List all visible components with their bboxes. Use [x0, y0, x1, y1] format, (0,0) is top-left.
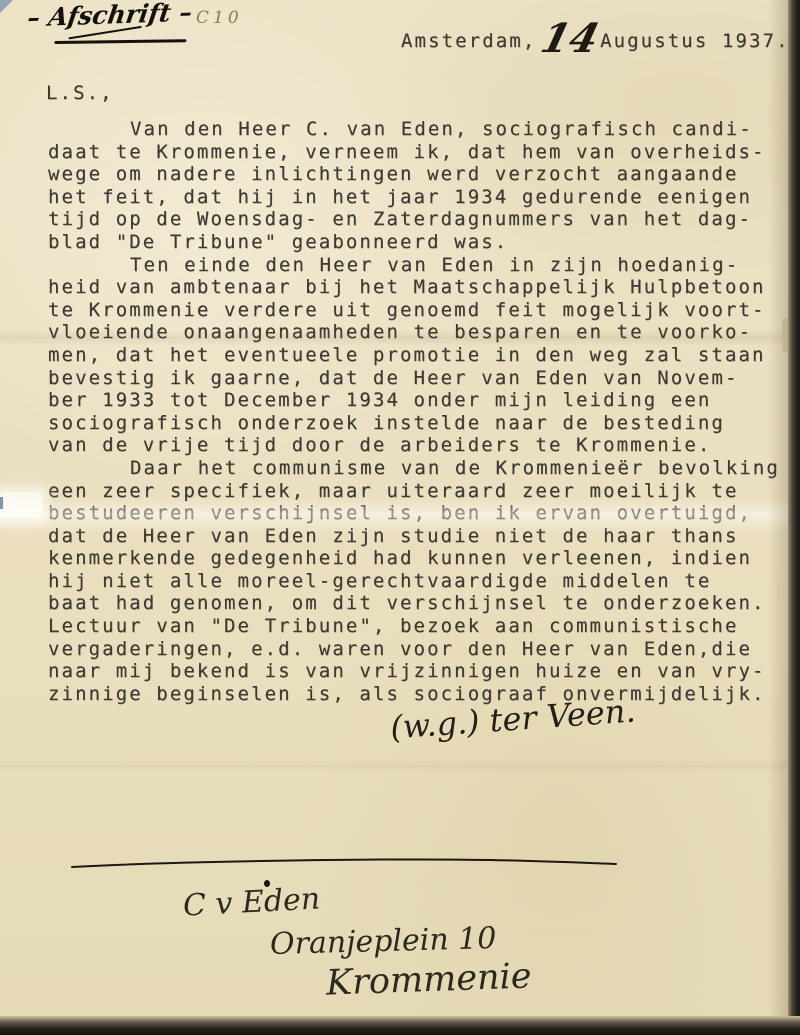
- afschrift-annotation: – Afschrift –: [27, 0, 219, 61]
- body-line: men, dat het eventueele promotie in den …: [48, 344, 788, 367]
- underline-stroke: [54, 39, 186, 44]
- body-line: hij niet alle moreel-gerechtvaardigde mi…: [48, 570, 788, 593]
- paper-crease: [0, 760, 800, 772]
- body-line: Daar het communisme van de Krommenieër b…: [48, 457, 788, 480]
- body-line: Lectuur van "De Tribune", bezoek aan com…: [48, 615, 788, 638]
- body-line: sociografisch onderzoek instelde naar de…: [48, 412, 788, 435]
- address-city: Krommenie: [325, 956, 532, 1003]
- dateline-date: Augustus 1937.: [600, 30, 790, 52]
- body-line: ber 1933 tot December 1934 onder mijn le…: [48, 389, 788, 412]
- divider-line: [70, 856, 618, 876]
- body-line: daat te Krommenie, verneem ik, dat hem v…: [48, 141, 788, 164]
- dateline-day-handwritten: 14: [539, 24, 602, 54]
- afschrift-text: – Afschrift –: [26, 0, 220, 32]
- dateline: Amsterdam, 14 Augustus 1937.: [401, 30, 790, 54]
- body-line: kenmerkende gedegenheid had kunnen verle…: [48, 547, 788, 570]
- paper-crease: [0, 330, 800, 346]
- body-line: baat had genomen, om dit verschijnsel te…: [48, 592, 788, 615]
- body-line: zinnige beginselen is, als sociograaf on…: [48, 683, 788, 706]
- body-line: vergaderingen, e.d. waren voor den Heer …: [48, 638, 788, 661]
- scan-edge-bottom: [0, 1016, 800, 1035]
- body-line: tijd op de Woensdag- en Zaterdagnummers …: [48, 208, 788, 231]
- body-line: Ten einde den Heer van Eden in zijn hoed…: [48, 254, 788, 277]
- body-line: wege om nadere inlichtingen werd verzoch…: [48, 163, 788, 186]
- paper-edge-shadow: [768, 0, 790, 1035]
- body-line: het feit, dat hij in het jaar 1934 gedur…: [48, 186, 788, 209]
- paper-fold-highlight: [0, 498, 800, 534]
- salutation: L.S.,: [46, 82, 114, 104]
- body-line: Van den Heer C. van Eden, sociografisch …: [48, 118, 788, 141]
- body-line: van de vrije tijd door de arbeiders te K…: [48, 434, 788, 457]
- scan-corner-artifact: [0, 0, 13, 13]
- archive-code: C10: [196, 8, 243, 28]
- scanned-letter: – Afschrift – C10 Amsterdam, 14 Augustus…: [0, 0, 800, 1035]
- body-line: blad "De Tribune" geabonneerd was.: [48, 231, 788, 254]
- body-line: naar mij bekend is van vrijzinnigen huiz…: [48, 660, 788, 683]
- paper-fold-highlight-left: [0, 492, 42, 518]
- dateline-city: Amsterdam,: [401, 30, 536, 52]
- edge-blue-mark: [0, 497, 3, 509]
- body-line: bevestig ik gaarne, dat de Heer van Eden…: [48, 367, 788, 390]
- body-line: te Krommenie verdere uit genoemd feit mo…: [48, 299, 788, 322]
- body-line: heid van ambtenaar bij het Maatschappeli…: [48, 276, 788, 299]
- address-street: Oranjeplein 10: [270, 921, 497, 962]
- address-name: C v Eden: [182, 881, 321, 923]
- letter-body: Van den Heer C. van Eden, sociografisch …: [48, 118, 788, 705]
- scan-edge-right: [788, 0, 800, 1035]
